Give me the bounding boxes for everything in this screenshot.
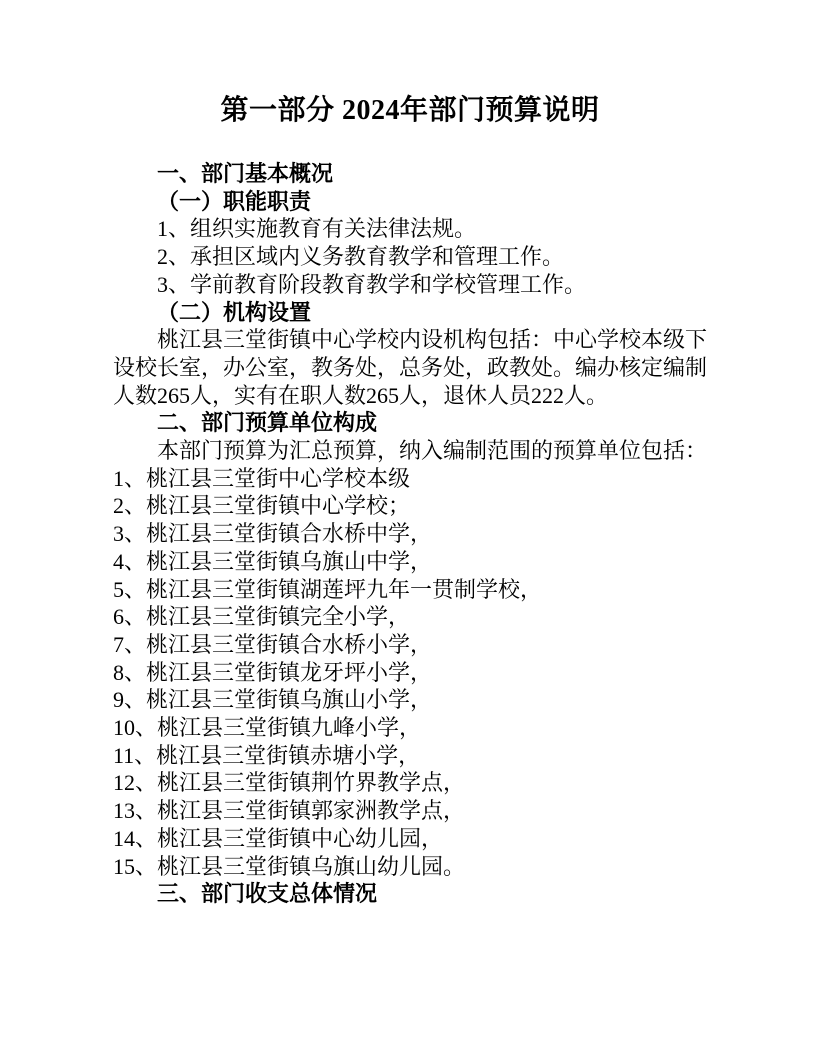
budget-unit-item-12: 12、桃江县三堂街镇荆竹界教学点，: [113, 769, 707, 797]
budget-unit-item-13: 13、桃江县三堂街镇郭家洲教学点，: [113, 797, 707, 825]
budget-unit-item-15: 15、桃江县三堂街镇乌旗山幼儿园。: [113, 853, 707, 881]
duty-item-3: 3、学前教育阶段教育教学和学校管理工作。: [113, 271, 707, 299]
subsection-heading-duties: （一）职能职责: [113, 188, 707, 216]
duty-item-1: 1、组织实施教育有关法律法规。: [113, 215, 707, 243]
document-title: 第一部分 2024年部门预算说明: [113, 94, 707, 128]
section-heading-revenue-expense: 三、部门收支总体情况: [113, 880, 707, 908]
section-heading-budget-units: 二、部门预算单位构成: [113, 409, 707, 437]
budget-unit-item-8: 8、桃江县三堂街镇龙牙坪小学，: [113, 659, 707, 687]
budget-unit-item-7: 7、桃江县三堂街镇合水桥小学，: [113, 631, 707, 659]
duty-item-2: 2、承担区域内义务教育教学和管理工作。: [113, 243, 707, 271]
section-heading-overview: 一、部门基本概况: [113, 160, 707, 188]
budget-unit-item-3: 3、桃江县三堂街镇合水桥中学，: [113, 520, 707, 548]
subsection-heading-structure: （二）机构设置: [113, 299, 707, 327]
budget-unit-item-11: 11、桃江县三堂街镇赤塘小学，: [113, 742, 707, 770]
budget-unit-item-10: 10、桃江县三堂街镇九峰小学，: [113, 714, 707, 742]
structure-paragraph: 桃江县三堂街镇中心学校内设机构包括：中心学校本级下设校长室，办公室，教务处，总务…: [113, 326, 707, 409]
budget-unit-item-9: 9、桃江县三堂街镇乌旗山小学，: [113, 686, 707, 714]
budget-unit-item-2: 2、桃江县三堂街镇中心学校；: [113, 492, 707, 520]
budget-unit-item-5: 5、桃江县三堂街镇湖莲坪九年一贯制学校，: [113, 576, 707, 604]
budget-unit-item-4: 4、桃江县三堂街镇乌旗山中学，: [113, 548, 707, 576]
budget-units-intro: 本部门预算为汇总预算，纳入编制范围的预算单位包括：: [113, 437, 707, 465]
budget-unit-item-14: 14、桃江县三堂街镇中心幼儿园，: [113, 825, 707, 853]
budget-unit-item-6: 6、桃江县三堂街镇完全小学，: [113, 603, 707, 631]
document-body: 一、部门基本概况 （一）职能职责 1、组织实施教育有关法律法规。 2、承担区域内…: [113, 160, 707, 908]
budget-unit-item-1: 1、桃江县三堂街中心学校本级: [113, 465, 707, 493]
document-page: 第一部分 2024年部门预算说明 一、部门基本概况 （一）职能职责 1、组织实施…: [0, 0, 816, 1056]
